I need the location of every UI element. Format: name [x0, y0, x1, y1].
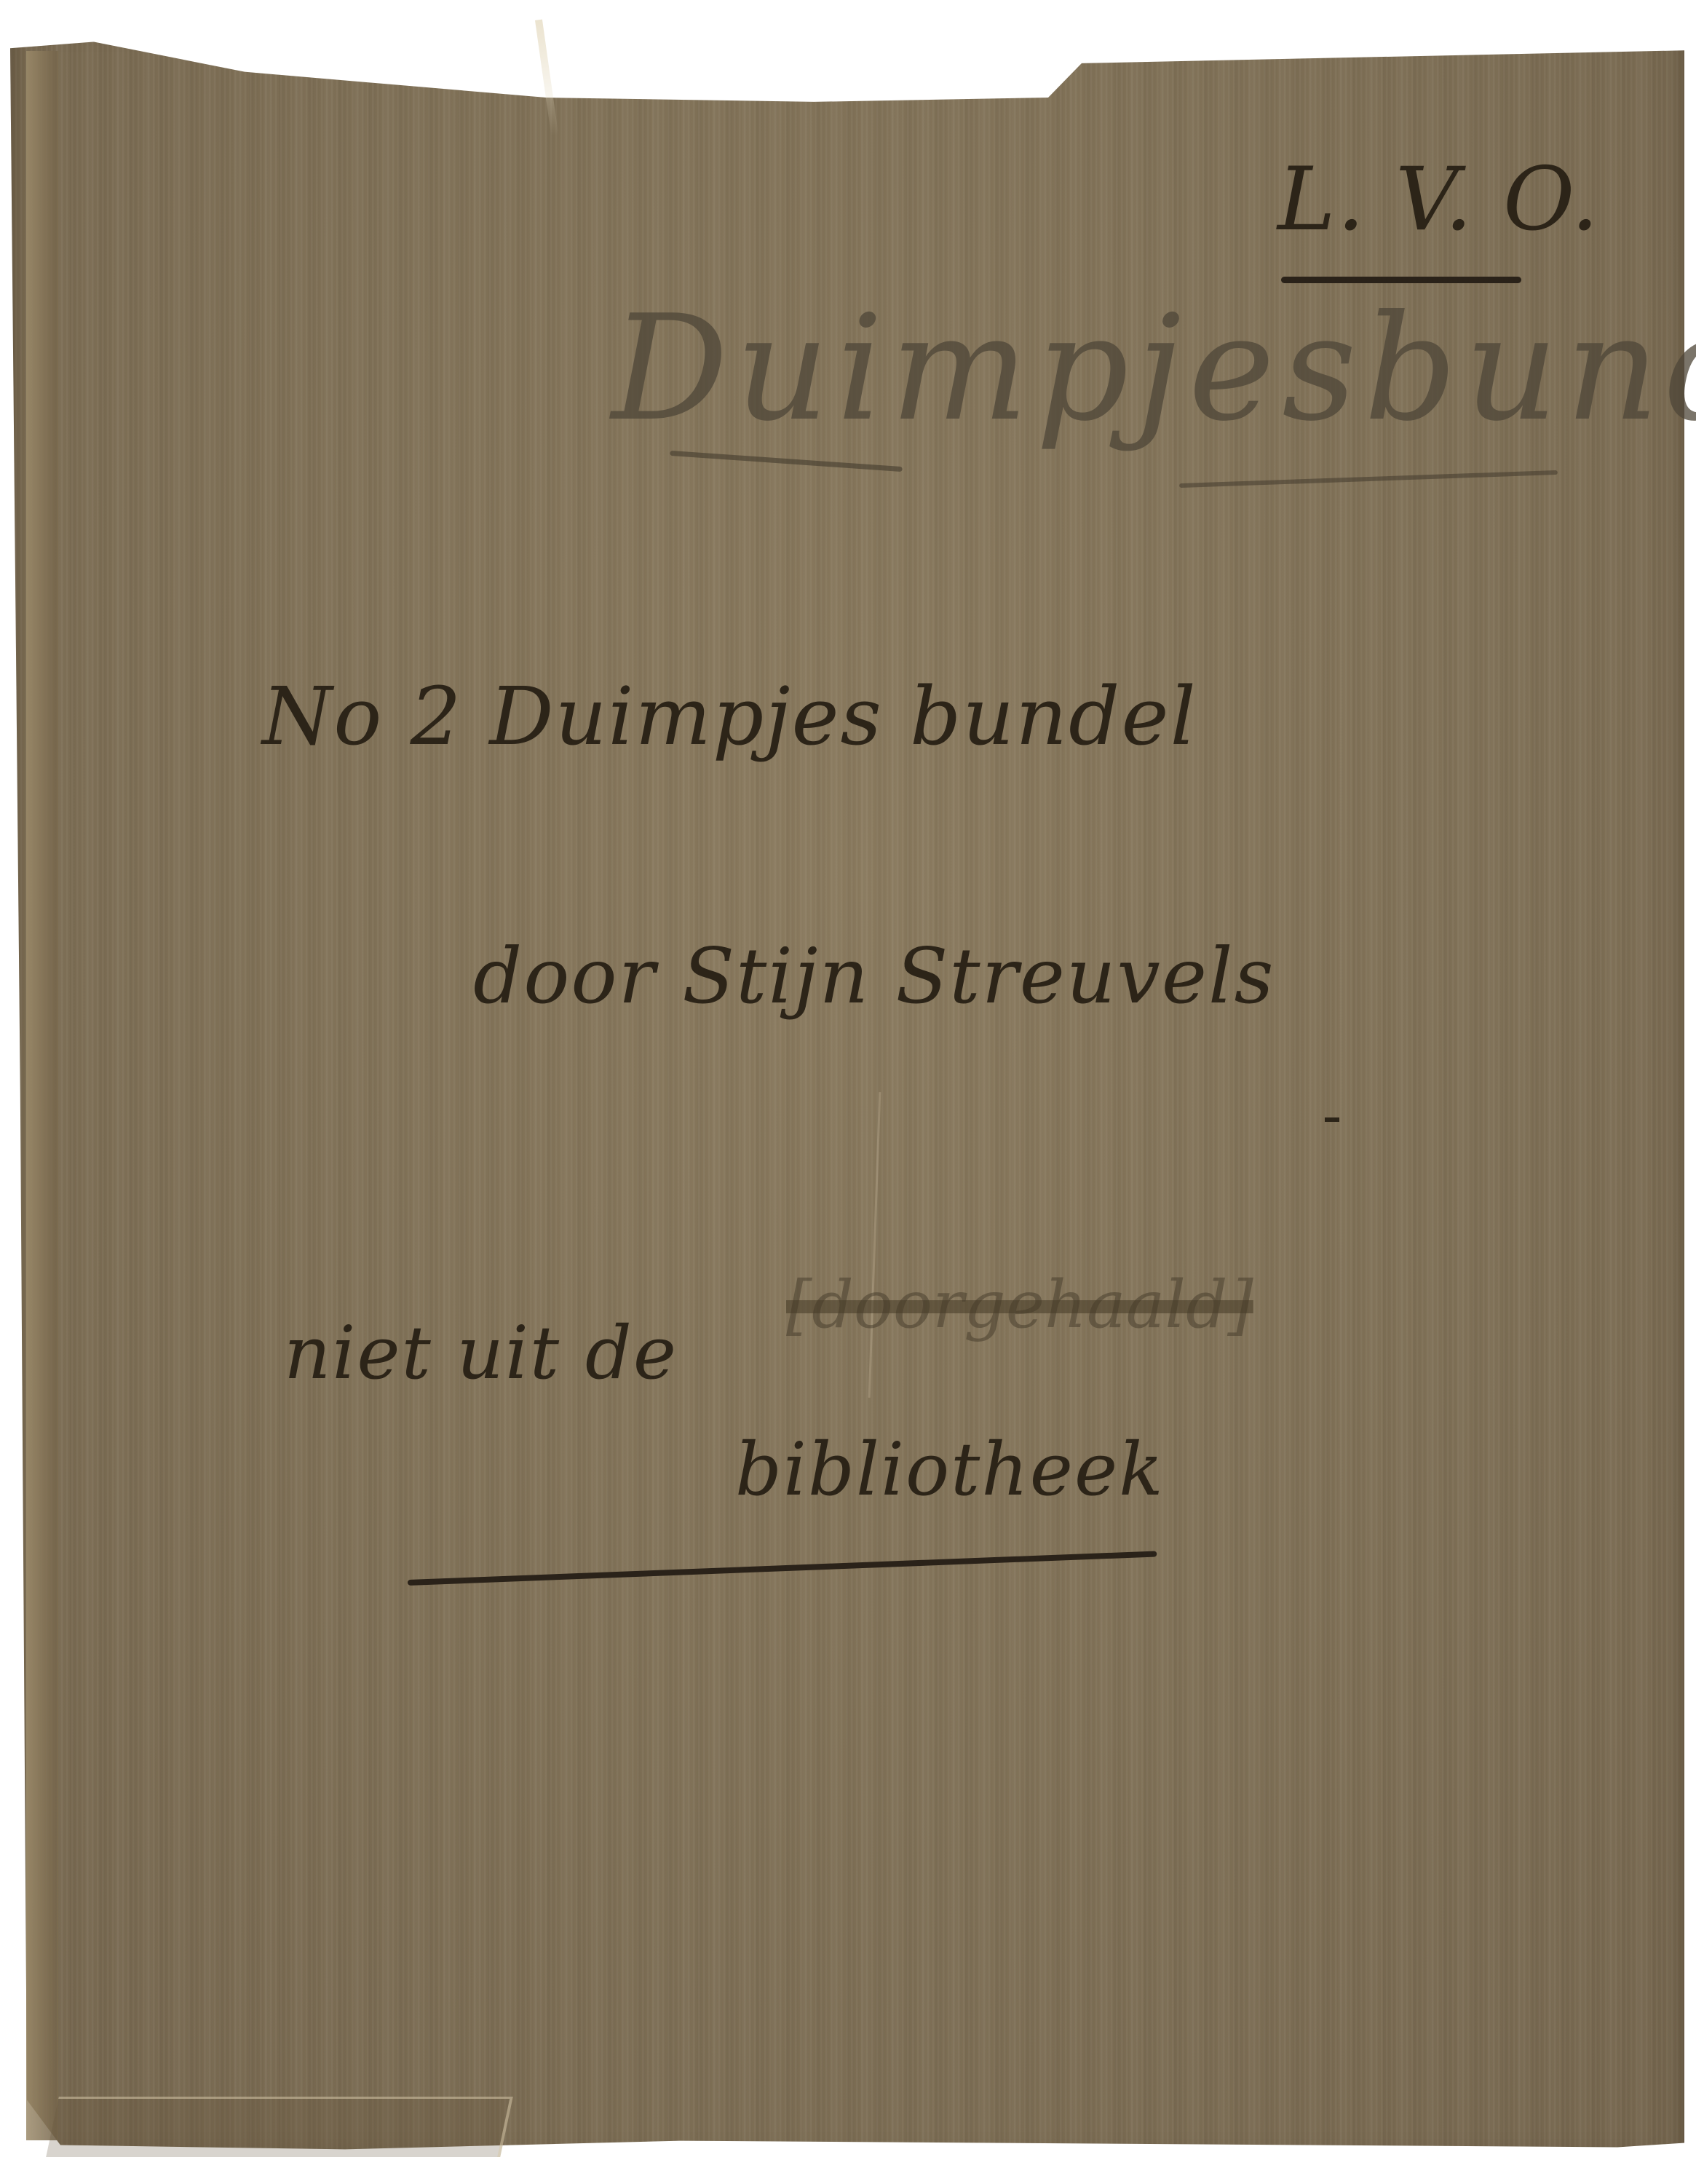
initials-underline — [1281, 277, 1521, 283]
title-inscription: No 2 Duimpjes bundel — [262, 670, 1197, 763]
author-inscription: door Stijn Streuvels — [473, 932, 1275, 1021]
inner-sheet-edge — [26, 51, 58, 2140]
note-inscription-line-1: niet uit de — [284, 1310, 678, 1396]
ink-dash-mark — [1325, 1117, 1339, 1122]
struck-through-text: [doorgehaald] — [786, 1267, 1253, 1343]
initials-inscription: L. V. O. — [1277, 149, 1600, 250]
note-inscription-line-2: bibliotheek — [735, 1427, 1165, 1512]
pencil-title-inscription: Duimpjesbundel — [611, 284, 1696, 454]
bottom-folded-corner — [46, 2097, 513, 2157]
